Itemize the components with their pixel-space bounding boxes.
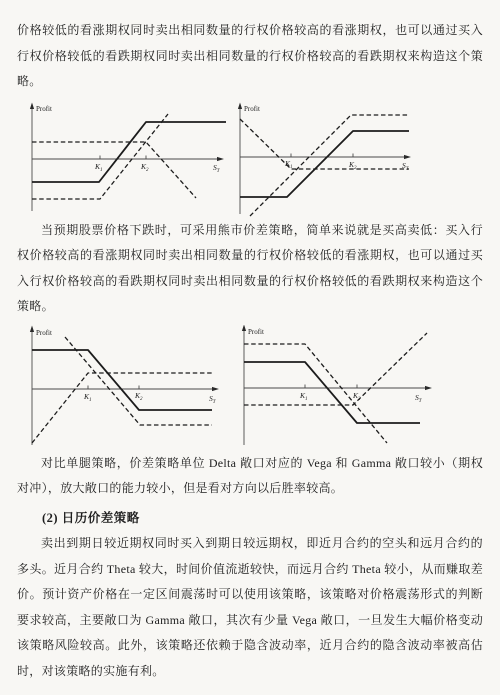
- bull-call-spread-chart: Profit K1 K2 ST: [28, 102, 230, 216]
- y-axis-label: Profit: [248, 328, 264, 336]
- x-axis-label: ST: [213, 163, 221, 174]
- bear-put-spread-chart: Profit K1 K2 ST: [28, 325, 222, 449]
- strike2-label: K2: [134, 391, 143, 402]
- axes: [30, 102, 224, 211]
- spread-payoff-solid: [32, 350, 212, 410]
- long-call-payoff-dashed: [244, 333, 427, 405]
- long-put-payoff-dashed: [240, 119, 409, 169]
- y-axis-label: Profit: [244, 105, 260, 113]
- paragraph-calendar-spread: 卖出到期日较近期权同时买入到期日较远期权，即近月合约的空头和远月合约的多头。近月…: [0, 531, 500, 684]
- strike1-label: K1: [94, 162, 103, 173]
- bear-call-spread-chart: Profit K1 K2 ST: [240, 325, 436, 449]
- bull-spread-charts-row: Profit K1 K2 ST Profit K1 K2 ST: [0, 102, 500, 218]
- strike2-label: K2: [352, 391, 361, 402]
- strike1-label: K1: [284, 159, 293, 170]
- y-axis-label: Profit: [36, 329, 52, 337]
- bear-spread-charts-row: Profit K1 K2 ST Profit K1 K2 ST: [0, 325, 500, 449]
- section-heading-calendar-spread: (2) 日历价差策略: [0, 506, 500, 532]
- paragraph-spread-vs-single-leg: 对比单腿策略，价差策略单位 Delta 敞口对应的 Vega 和 Gamma 敞…: [0, 451, 500, 502]
- short-call-payoff-dashed: [32, 142, 196, 198]
- axes: [242, 325, 432, 445]
- strike2-label: K2: [140, 162, 149, 173]
- spread-payoff-solid: [244, 362, 420, 423]
- spread-payoff-solid: [32, 122, 226, 182]
- y-axis-label: Profit: [36, 105, 52, 113]
- x-axis-label: ST: [402, 161, 410, 172]
- axes: [30, 325, 219, 445]
- paragraph-bull-spread-continued: 价格较低的看涨期权同时卖出相同数量的行权价格较高的看涨期权，也可以通过买入行权价…: [0, 18, 500, 95]
- x-axis-label: ST: [415, 393, 423, 404]
- document-page: 价格较低的看涨期权同时卖出相同数量的行权价格较高的看涨期权，也可以通过买入行权价…: [0, 0, 500, 695]
- x-axis-label: ST: [209, 394, 217, 405]
- short-put-payoff-dashed: [32, 373, 212, 443]
- bull-put-spread-chart: Profit K1 K2 ST: [237, 102, 414, 218]
- paragraph-bear-spread: 当预期股票价格下跌时，可采用熊市价差策略，简单来说就是买高卖低：买入行权价格较高…: [0, 218, 500, 320]
- strike1-label: K1: [299, 391, 308, 402]
- spread-payoff-solid: [240, 131, 409, 197]
- strike1-label: K1: [83, 392, 92, 403]
